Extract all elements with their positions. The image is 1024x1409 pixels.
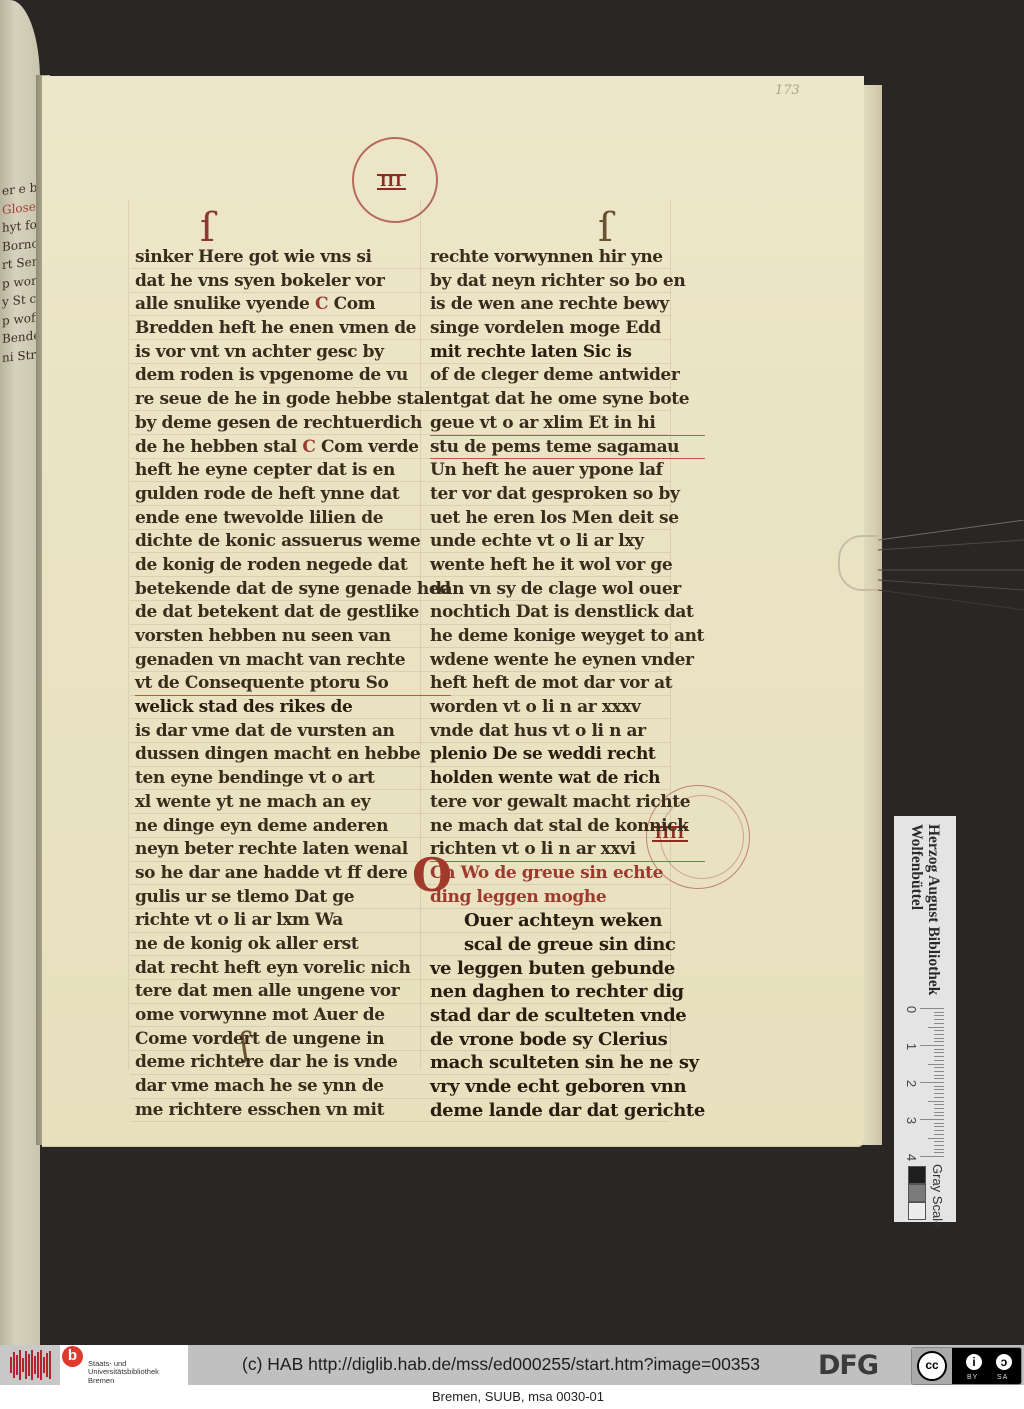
text-line: of de cleger deme antwider [430, 364, 705, 388]
sa-label: SA [997, 1374, 1008, 1381]
suub-barcode-logo [0, 1345, 60, 1385]
text-line: heft heft de mot dar vor at [430, 672, 705, 696]
text-line: Un heft he auer ypone laf [430, 459, 705, 483]
text-line: tere vor gewalt macht richte [430, 791, 705, 815]
rubric-heading-line: ding leggen moghe [430, 886, 705, 910]
text-line: Come vordert de ungene in [135, 1028, 451, 1052]
text-line: is dar vme dat de vursten an [135, 720, 451, 744]
text-line: dar vme mach he se ynn de [135, 1075, 451, 1099]
text-line: scal de greue sin dinc [430, 933, 705, 957]
text-line: genaden vn macht van rechte [135, 649, 451, 673]
text-line: mit rechte laten Sic is [430, 341, 705, 365]
attribution-bar: b Staats- und Universitätsbibliothek Bre… [0, 1345, 1024, 1385]
chapter-numeral: III [377, 174, 406, 190]
cc-by-sa-license-badge[interactable]: cc i ↄ BY SA [911, 1347, 1022, 1385]
text-line: is vor vnt vn achter gesc by [135, 341, 451, 365]
folio-number: 173 [775, 83, 800, 98]
decorative-ascender: ſ [200, 205, 215, 251]
text-line: unde echte vt o li ar lxy [430, 530, 705, 554]
binding-strap-lines [878, 520, 1024, 610]
text-line: by deme gesen de rechtuerdich [135, 412, 451, 436]
text-line: Ouer achteyn weken [430, 909, 705, 933]
text-line: alle snulike vyende C Com [135, 293, 451, 317]
text-line: richte vt o li ar lxm Wa [135, 909, 451, 933]
text-line: so he dar ane hadde vt ff dere [135, 862, 451, 886]
text-line: xl wente yt ne mach an ey [135, 791, 451, 815]
dfg-logo: DFG [818, 1351, 878, 1381]
text-line: nochtich Dat is denstlick dat [430, 601, 705, 625]
gray-scale-label: Gray Scale [930, 1164, 945, 1228]
text-line: vt de Consequente ptoru So [135, 672, 451, 696]
institution-name: Staats- und Universitätsbibliothek Breme… [88, 1360, 159, 1385]
ruler: 0 1 2 3 4 [894, 1002, 956, 1162]
by-icon: i [964, 1352, 984, 1372]
text-line: ten eyne bendinge vt o art [135, 767, 451, 791]
text-line: wdene wente he eynen vnder [430, 649, 705, 673]
text-line: Bredden heft he enen vmen de [135, 317, 451, 341]
color-scale-target: Herzog August Bibliothek Wolfenbüttel 0 … [894, 816, 956, 1222]
text-line: heft he eyne cepter dat is en [135, 459, 451, 483]
text-line: ne de konig ok aller erst [135, 933, 451, 957]
text-line: dussen dingen macht en hebbe [135, 743, 451, 767]
swatch-light [908, 1202, 926, 1220]
text-line: geue vt o ar xlim Et in hi [430, 412, 705, 436]
text-line: re seue de he in gode hebbe stal [135, 388, 451, 412]
text-line: dat recht heft eyn vorelic nich [135, 957, 451, 981]
text-line: ve leggen buten gebunde [430, 957, 705, 981]
scale-institution-label: Herzog August Bibliothek Wolfenbüttel [908, 824, 942, 995]
gray-swatches [908, 1166, 926, 1220]
cc-icon: cc [917, 1351, 947, 1381]
text-line: tere dat men alle ungene vor [135, 980, 451, 1004]
swatch-dark [908, 1166, 926, 1184]
text-line: dem roden is vpgenome de vu [135, 364, 451, 388]
text-line: vnde dat hus vt o li n ar [430, 720, 705, 744]
text-line: sinker Here got wie vns si [135, 246, 451, 270]
text-line: gulden rode de heft ynne dat [135, 483, 451, 507]
text-line: plenio De se weddi recht [430, 743, 705, 767]
text-line: is de wen ane rechte bewy [430, 293, 705, 317]
text-line: de he hebben stal C Com verde [135, 436, 451, 460]
left-page-text: er e bredo Glose hyt ford Bornod Se rt S… [2, 178, 40, 367]
vertical-ruling [128, 200, 129, 1070]
text-line: by dat neyn richter so bo en [430, 270, 705, 294]
decorative-ascender: ſ [598, 205, 613, 251]
text-line: deme lande dar dat gerichte [430, 1099, 705, 1123]
text-line: ne dinge eyn deme anderen [135, 815, 451, 839]
text-line: rechte vorwynnen hir yne [430, 246, 705, 270]
text-line: singe vordelen moge Edd [430, 317, 705, 341]
text-line: richten vt o li n ar xxvi [430, 838, 705, 862]
suub-b-icon: b [62, 1346, 83, 1367]
manuscript-scan: er e bredo Glose hyt ford Bornod Se rt S… [0, 0, 1024, 1345]
text-line: stu de pems teme sagamau [430, 436, 705, 460]
text-line: me richtere esschen vn mit [135, 1099, 451, 1123]
text-line: dichte de konic assuerus weme [135, 530, 451, 554]
text-line: ter vor dat gesproken so by [430, 483, 705, 507]
copyright-link[interactable]: (c) HAB http://diglib.hab.de/mss/ed00025… [242, 1354, 760, 1375]
text-line: entgat dat he ome syne bote [430, 388, 705, 412]
text-line: stad dar de sculteten vnde [430, 1004, 705, 1028]
text-line: deme richtere dar he is vnde [135, 1051, 451, 1075]
swatch-mid [908, 1184, 926, 1202]
decorated-initial-o: O [412, 852, 452, 898]
text-line: nen daghen to rechter dig [430, 980, 705, 1004]
text-line: de konig de roden negede dat [135, 554, 451, 578]
text-line: worden vt o li n ar xxxv [430, 696, 705, 720]
text-line: dat he vns syen bokeler vor [135, 270, 451, 294]
rubric-heading-line: Cn Wo de greue sin echte [430, 862, 705, 886]
text-line: neyn beter rechte laten wenal [135, 838, 451, 862]
text-line: gulis ur se tlemo Dat ge [135, 886, 451, 910]
left-page-line: ni Str [2, 345, 40, 367]
sa-icon: ↄ [994, 1352, 1014, 1372]
text-line: wente heft he it wol vor ge [430, 554, 705, 578]
text-line: ne mach dat stal de konnick [430, 815, 705, 839]
text-line: welick stad des rikes de [135, 696, 451, 720]
left-text-column: sinker Here got wie vns si dat he vns sy… [135, 246, 451, 1122]
text-line: dan vn sy de clage wol ouer [430, 578, 705, 602]
text-line: de vrone bode sy Clerius [430, 1028, 705, 1052]
text-line: holden wente wat de rich [430, 767, 705, 791]
text-line: ome vorwynne mot Auer de [135, 1004, 451, 1028]
right-text-column: rechte vorwynnen hir yne by dat neyn ric… [430, 246, 705, 1122]
binding-strap [838, 535, 878, 591]
text-line: vry vnde echt geboren vnn [430, 1075, 705, 1099]
suub-logo: b Staats- und Universitätsbibliothek Bre… [60, 1345, 188, 1385]
left-page-edge: er e bredo Glose hyt ford Bornod Se rt S… [0, 0, 40, 1345]
text-line: uet he eren los Men deit se [430, 507, 705, 531]
text-line: he deme konige weyget to ant [430, 625, 705, 649]
shelfmark: Bremen, SUUB, msa 0030-01 [0, 1389, 1024, 1404]
text-line: de dat betekent dat de gestlike [135, 601, 451, 625]
text-line: ende ene twevolde lilien de [135, 507, 451, 531]
text-line: vorsten hebben nu seen van [135, 625, 451, 649]
by-label: BY [967, 1374, 978, 1381]
text-line: betekende dat de syne genade hed [135, 578, 451, 602]
text-line: mach sculteten sin he ne sy [430, 1051, 705, 1075]
